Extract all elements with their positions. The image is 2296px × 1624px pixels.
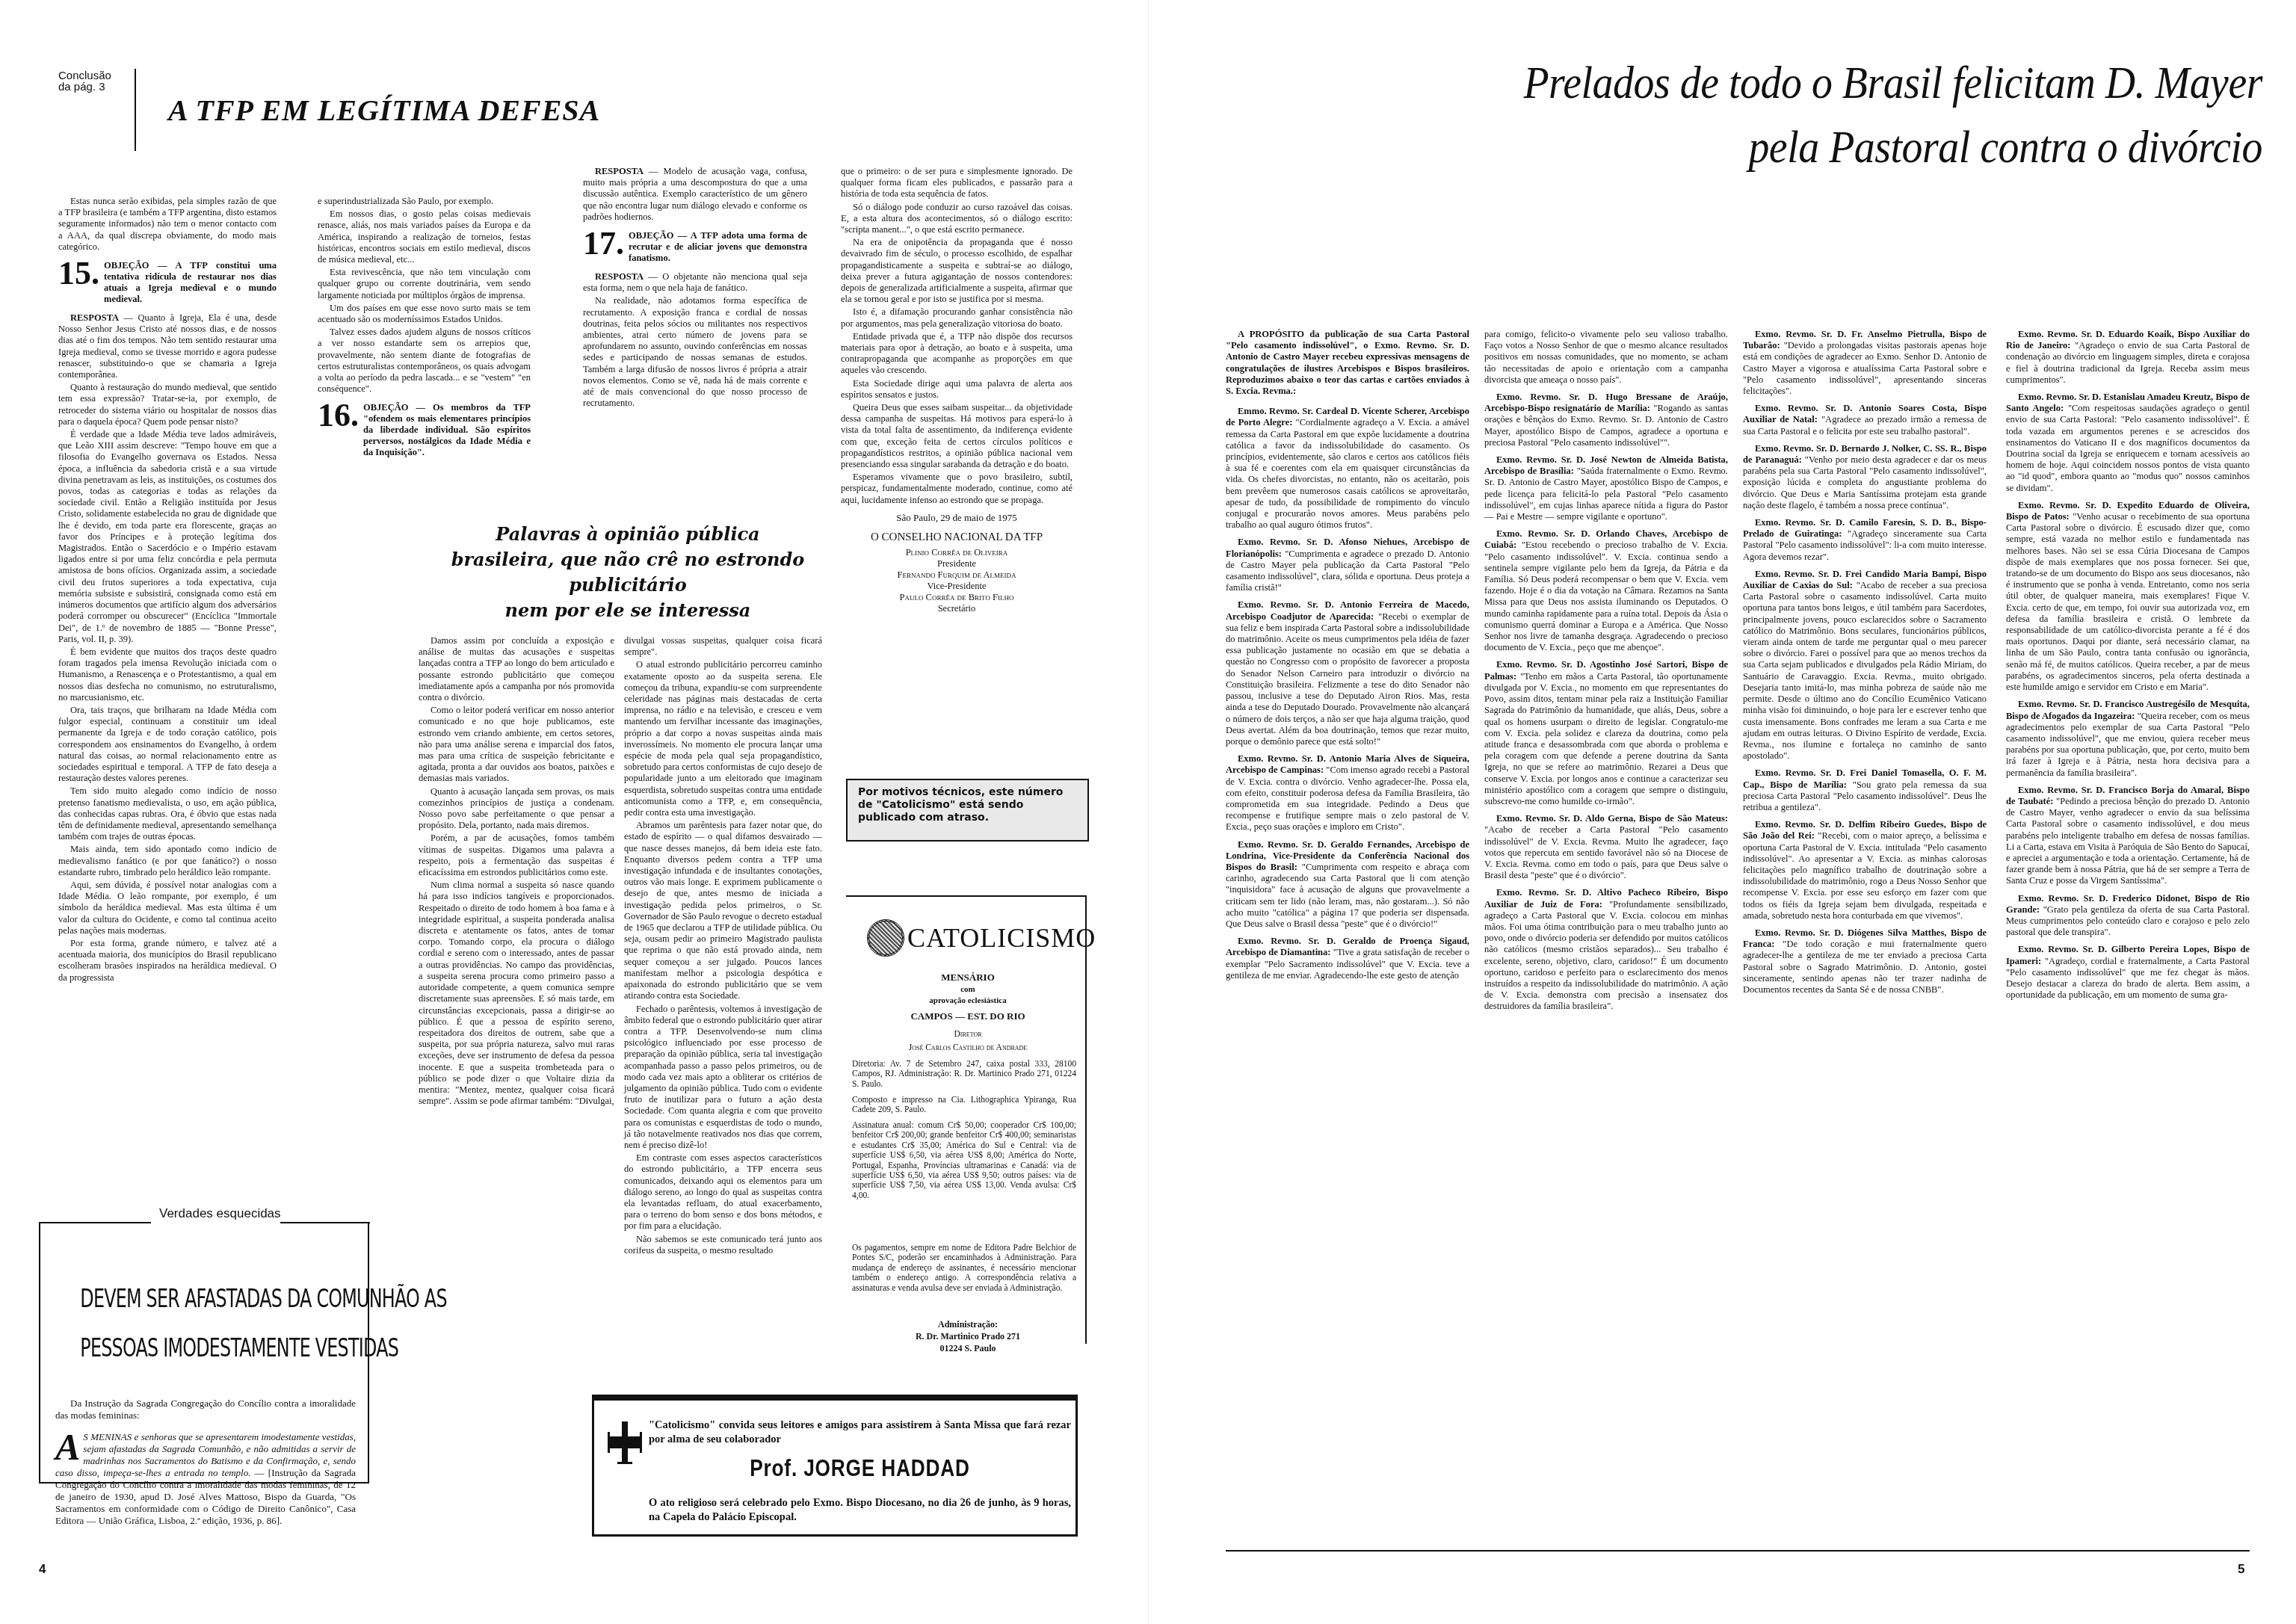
masthead-subtitle: MENSÁRIO (852, 972, 1084, 984)
paragraph: Só o diálogo pode conduzir ao curso razo… (841, 202, 1073, 236)
headline-line: PESSOAS IMODESTAMENTE VESTIDAS (80, 1324, 330, 1373)
paragraph: Como o leitor poderá verificar em nosso … (419, 705, 614, 784)
direction-details: Diretoria: Av. 7 de Setembro 247, caixa … (852, 1060, 1076, 1090)
director-label: Diretor (852, 1030, 1084, 1039)
objection-number: 17. (583, 230, 624, 257)
paragraph: e superindustrializada São Paulo, por ex… (318, 196, 531, 207)
letter: Exmo. Revmo. Sr. D. Hugo Bressane de Ara… (1484, 392, 1728, 448)
masthead-place: CAMPOS — EST. DO RIO (852, 1010, 1084, 1022)
page-number: 5 (2238, 1562, 2244, 1577)
letter: Exmo. Revmo. Sr. D. Afonso Niehues, Arce… (1226, 537, 1469, 593)
letter: Exmo. Revmo. Sr. D. Fr. Anselmo Pietrull… (1743, 329, 1987, 397)
paragraph: Entidade privada que é, a TFP não dispõe… (841, 331, 1073, 377)
letter: Exmo. Revmo. Sr. D. Antonio Maria Alves … (1226, 753, 1469, 833)
letter-text: "Venho acusar o recebimento de sua oport… (2006, 511, 2250, 692)
paragraph: que o primeiro: o de ser pura e simplesm… (841, 166, 1073, 200)
paragraph: Na era de onipotência da propaganda que … (841, 237, 1073, 305)
paragraph: Porém, a par de acusações, fomos também … (419, 833, 614, 878)
paragraph: O atual estrondo publicitário percorreu … (624, 659, 822, 818)
letter-text: "Estou recebendo o precioso trabalho de … (1484, 540, 1728, 652)
letter: Exmo. Revmo. Sr. D. Camilo Faresin, S. D… (1743, 517, 1987, 563)
signatory-name: Fernando Furquim de Almeida (841, 569, 1073, 581)
palavras-column-2: divulgai vossas suspeitas, qualquer cois… (624, 635, 822, 1258)
printing-details: Composto e impresso na Cia. Lithographic… (852, 1096, 1076, 1116)
paragraph: Em contraste com esses aspectos caracter… (624, 1152, 822, 1232)
letter: Exmo. Revmo. Sr. D. Diógenes Silva Matth… (1743, 927, 1987, 995)
heading-line: nem por ele se interessa (419, 598, 837, 623)
notice-text: Por motivos técnicos, este número de "Ca… (858, 786, 1063, 824)
paragraph: É verdade que a Idade Média teve lados a… (58, 429, 277, 645)
continuation-divider (135, 69, 136, 151)
letter-text: "Tenho em mãos a Carta Pastoral, tão opo… (1484, 671, 1728, 806)
paragraph: Aqui, sem dúvida, é possível notar analo… (58, 880, 277, 936)
paragraph: Estas nunca serão exibidas, pela simples… (58, 196, 277, 253)
objection-text: OBJEÇÃO — Os membros da TFP "ofendem os … (363, 402, 531, 458)
signatory-role: Secretário (841, 603, 1073, 614)
response-paragraph: RESPOSTA — Quanto à Igreja, Ela é una, d… (58, 312, 277, 380)
paragraph: Abramos um parêntesis para fazer notar q… (624, 820, 822, 1001)
letter-text: "Pedindo a preciosa bênção do prezado D.… (2006, 796, 2250, 886)
verdades-headline: DEVEM SER AFASTADAS DA COMUNHÃO AS PESSO… (80, 1274, 330, 1373)
paragraph: Quanto à restauração do mundo medieval, … (58, 382, 277, 427)
paragraph: Esta Sociedade dirige aqui uma palavra d… (841, 378, 1073, 401)
signatory-role: Presidente (841, 558, 1073, 569)
admin-address: 01224 S. Paulo (852, 1343, 1084, 1354)
objection-text: OBJEÇÃO — A TFP adota uma forma de recru… (629, 230, 807, 264)
letter: Exmo. Revmo. Sr. D. Frei Candido Maria B… (1743, 569, 1987, 762)
response-label: RESPOSTA (70, 312, 119, 323)
letter: Exmo. Revmo. Sr. D. Antonio Ferreira de … (1226, 599, 1469, 747)
objection-16: 16. OBJEÇÃO — Os membros da TFP "ofendem… (318, 402, 531, 458)
section-heading: Palavras à opinião pública brasileira, q… (419, 522, 837, 623)
paragraph: Esta revivescência, que não tem vinculaç… (318, 267, 531, 301)
article-column-4: que o primeiro: o de ser pura e simplesm… (841, 166, 1073, 614)
letter-text: "Grato pela gentileza da oferta de sua C… (2006, 904, 2250, 937)
letter-author: Exmo. Revmo. Sr. D. Aldo Gerna, Bispo de… (1496, 813, 1728, 824)
box-top-rule (39, 1222, 151, 1223)
letter: Exmo. Revmo. Sr. D. Orlando Chaves, Arce… (1484, 528, 1728, 653)
paragraph: Damos assim por concluída a exposição e … (419, 635, 614, 703)
objection-text: OBJEÇÃO — A TFP constitui uma tentativa … (104, 260, 277, 305)
letter-text: "Profundamente sensibilizado, agradeço a… (1484, 899, 1728, 1012)
admin-address: R. Dr. Martinico Prado 271 (852, 1331, 1084, 1342)
letter: Exmo. Revmo. Sr. D. Frederico Didonet, B… (2006, 893, 2250, 939)
paragraph: Tem sido muito alegado como indício de n… (58, 785, 277, 842)
letter: Exmo. Revmo. Sr. D. Antonio Soares Costa… (1743, 403, 1987, 437)
paragraph: Talvez esses dados ajudem alguns de noss… (318, 327, 531, 395)
letter: Exmo. Revmo. Sr. D. Agostinho José Sarto… (1484, 659, 1728, 807)
continuation-line2: da pág. 3 (58, 81, 111, 93)
letter: Exmo. Revmo. Sr. D. Frei Daniel Tomasell… (1743, 768, 1987, 813)
payment-details: Os pagamentos, sempre em nome de Editora… (852, 1244, 1076, 1294)
letter: Exmo. Revmo. Sr. D. Delfim Ribeiro Guede… (1743, 819, 1987, 921)
objection-number: 15. (58, 260, 99, 287)
letter: Exmo. Revmo. Sr. D. Gilberto Pereira Lop… (2006, 944, 2250, 1001)
letter: Exmo. Revmo. Sr. D. Francisco Borja do A… (2006, 785, 2250, 887)
admin-label: Administração: (852, 1319, 1084, 1330)
title-line: Prelados de todo o Brasil felicitam D. M… (1260, 51, 2262, 115)
paragraph: Em nossos dias, o gosto pelas coisas med… (318, 209, 531, 265)
headline-line: DEVEM SER AFASTADAS DA COMUNHÃO AS (80, 1274, 330, 1324)
page-5: Prelados de todo o Brasil felicitam D. M… (1148, 0, 2296, 1624)
letter-text: "De todo coração e mui fraternalmente qu… (1743, 939, 1987, 995)
continuation-note: Conclusão da pág. 3 (58, 70, 111, 93)
masthead-subtitle: aprovação eclesiástica (852, 996, 1084, 1005)
letter: Exmo. Revmo. Sr. D. Geraldo de Proença S… (1226, 936, 1469, 981)
objection-number: 16. (318, 402, 359, 429)
letters-column-1: A PROPÓSITO da publicação de sua Carta P… (1226, 329, 1469, 987)
paragraph: Quanto à acusação lançada sem provas, os… (419, 786, 614, 832)
letter: Exmo. Revmo. Sr. D. Altivo Pacheco Ribei… (1484, 887, 1728, 1012)
masthead-subtitle: com (852, 985, 1084, 994)
article-title: Prelados de todo o Brasil felicitam D. M… (1260, 51, 2269, 179)
letter-text: "Acabo de receber a Carta Pastoral "Pelo… (1484, 824, 1728, 880)
article-column-2: e superindustrializada São Paulo, por ex… (318, 196, 531, 466)
cross-icon (607, 1420, 643, 1465)
article-column-3: RESPOSTA — Modelo de acusação vaga, conf… (583, 166, 807, 410)
letters-column-3: Exmo. Revmo. Sr. D. Fr. Anselmo Pietrull… (1743, 329, 1987, 1001)
paragraph: Queira Deus que esses saibam suspeitar..… (841, 402, 1073, 470)
letter: Exmo. Revmo. Sr. D. Francisco Austregési… (2006, 699, 2250, 778)
paragraph: Não sabemos se este comunicado terá junt… (624, 1234, 822, 1256)
letter-text: para comigo, felicito-o vivamente pelo s… (1484, 329, 1728, 385)
letter: Exmo. Revmo. Sr. D. Eduardo Koaik, Bispo… (2006, 329, 2250, 386)
letter: Emmo. Revmo. Sr. Cardeal D. Vicente Sche… (1226, 406, 1469, 531)
signature-date: São Paulo, 29 de maio de 1975 (841, 512, 1073, 524)
heading-line: Palavras à opinião pública (419, 522, 837, 547)
mass-invite-text: "Catolicismo" convida seus leitores e am… (649, 1418, 1071, 1447)
objection-15: 15. OBJEÇÃO — A TFP constitui uma tentat… (58, 260, 277, 305)
mass-details-text: O ato religioso será celebrado pelo Exmo… (649, 1496, 1071, 1525)
verdades-quote: AS MENINAS e senhoras que se apresentare… (55, 1431, 356, 1527)
masthead-logo: CATOLICISMO (867, 919, 1096, 957)
continuation-line1: Conclusão (58, 70, 111, 81)
paragraph: Fechado o parêntesis, voltemos à investi… (624, 1004, 822, 1152)
letter-text: "Recebi, com o maior apreço, a belíssima… (1743, 830, 1987, 920)
signatory-name: Plinio Corrêa de Oliveira (841, 547, 1073, 558)
intro-paragraph: A PROPÓSITO da publicação de sua Carta P… (1226, 329, 1469, 397)
article-column-1: Estas nunca serão exibidas, pela simples… (58, 196, 277, 985)
letter: Exmo. Revmo. Sr. D. Expedito Eduardo de … (2006, 500, 2250, 693)
paragraph: Por esta forma, grande número, e talvez … (58, 938, 277, 984)
paragraph: Mais ainda, tem sido apontado como indíc… (58, 844, 277, 878)
response-label: RESPOSTA (595, 271, 644, 282)
director-name: José Carlos Castilho de Andrade (852, 1043, 1084, 1052)
drop-cap: A (55, 1431, 80, 1463)
letters-column-4: Exmo. Revmo. Sr. D. Eduardo Koaik, Bispo… (2006, 329, 2250, 1007)
page-number: 4 (39, 1562, 46, 1577)
article-title: A TFP EM LEGÍTIMA DEFESA (168, 93, 600, 128)
paragraph: Esperamos vivamente que o povo brasileir… (841, 472, 1073, 506)
signature-council: O CONSELHO NACIONAL DA TFP (841, 531, 1073, 544)
signatory-name: Paulo Corrêa de Brito Filho (841, 592, 1073, 603)
honoree-name: Prof. JORGE HADDAD (687, 1454, 1033, 1482)
letter-text: "Cordialmente agradeço a V. Excia. a amá… (1226, 417, 1469, 530)
verdades-label: Verdades esquecidas (153, 1206, 287, 1221)
letter-text: "Recebi o exemplar de sua feliz e bem in… (1226, 611, 1469, 747)
paragraph: Um dos países em que esse novo surto mai… (318, 303, 531, 325)
paragraph: Num clima normal a suspeita só nasce qua… (419, 880, 614, 1107)
paragraph: Ora, tais traços, que brilharam na Idade… (58, 705, 277, 784)
seal-icon (867, 919, 904, 957)
masthead-title: CATOLICISMO (907, 922, 1096, 954)
signatories: Plinio Corrêa de Oliveira Presidente Fer… (841, 547, 1073, 614)
verdades-intro: Da Instrução da Sagrada Congregação do C… (55, 1398, 356, 1421)
subscription-details: Assinatura anual: comum Cr$ 50,00; coope… (852, 1121, 1076, 1201)
page-4: Conclusão da pág. 3 A TFP EM LEGÍTIMA DE… (0, 0, 1148, 1624)
palavras-column-1: Damos assim por concluída a exposição e … (419, 635, 614, 1108)
letters-column-2: para comigo, felicito-o vivamente pelo s… (1484, 329, 1728, 1019)
letter-text: "Acabo de receber a sua preciosa Carta P… (1743, 580, 1987, 761)
heading-line: brasileira, que não crê no estrondo publ… (419, 547, 837, 598)
letter-text: "Agradeço, cordial e fraternalmente, a C… (2006, 956, 2250, 1001)
response-paragraph: RESPOSTA — O objetante não menciona qual… (583, 271, 807, 294)
paragraph: É bem evidente que muitos dos traços des… (58, 646, 277, 703)
title-line: pela Pastoral contra o divórcio (1260, 115, 2262, 179)
letter: Exmo. Revmo. Sr. D. Aldo Gerna, Bispo de… (1484, 813, 1728, 881)
letter: Exmo. Revmo. Sr. D. Estanislau Amadeu Kr… (2006, 392, 2250, 494)
delay-notice: Por motivos técnicos, este número de "Ca… (846, 779, 1089, 842)
letter-text: "Com respeitosas saudações agradeço o ge… (2006, 403, 2250, 493)
paragraph: Na realidade, não adotamos forma específ… (583, 295, 807, 409)
footer-rule (1226, 1550, 2250, 1552)
paragraph: Isto é, a difamação procurando ganhar co… (841, 306, 1073, 329)
letter: Exmo. Revmo. Sr. D. Geraldo Fernandes, A… (1226, 839, 1469, 930)
letter: Exmo. Revmo. Sr. D. José Newton de Almei… (1484, 454, 1728, 522)
response-paragraph: RESPOSTA — Modelo de acusação vaga, conf… (583, 166, 807, 223)
letter: Exmo. Revmo. Sr. D. Bernardo J. Nolker, … (1743, 443, 1987, 511)
letter-text: "Devido a prolongadas visitas pastorais … (1743, 340, 1987, 396)
box-top-rule (280, 1222, 370, 1223)
signatory-role: Vice-Presidente (841, 581, 1073, 592)
response-label: RESPOSTA (595, 166, 644, 176)
paragraph: divulgai vossas suspeitas, qualquer cois… (624, 635, 822, 658)
objection-17: 17. OBJEÇÃO — A TFP adota uma forma de r… (583, 230, 807, 264)
letter: para comigo, felicito-o vivamente pelo s… (1484, 329, 1728, 386)
